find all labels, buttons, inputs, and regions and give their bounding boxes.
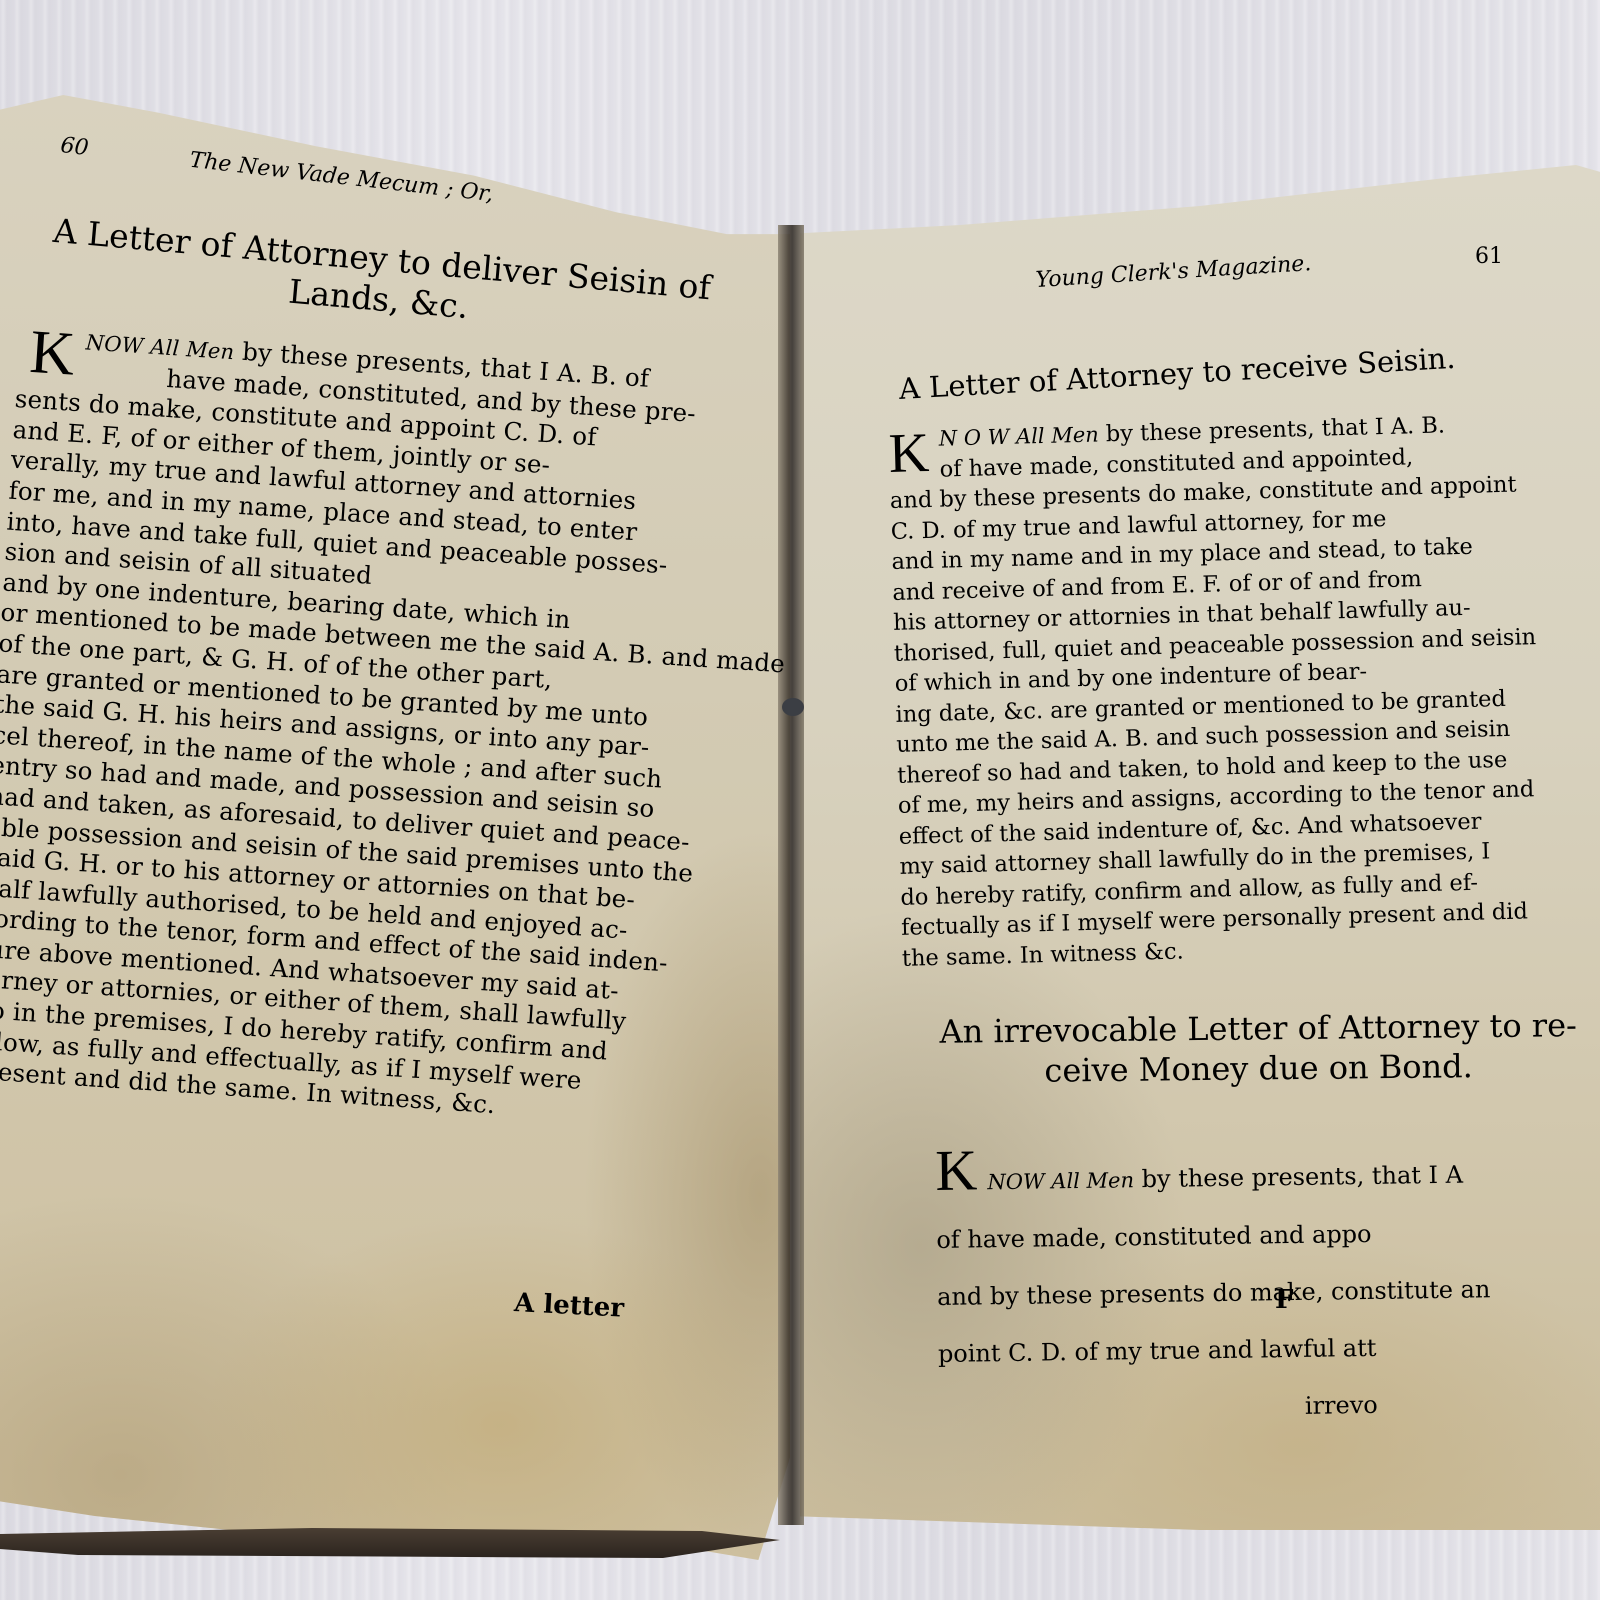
book-binding-edge [0, 1528, 780, 1558]
left-page-number: 60 [59, 133, 90, 161]
right-page-number: 61 [1475, 244, 1503, 269]
text-line: point C. D. of my true and lawful att [938, 1329, 1600, 1371]
text-line: by these presents, that I A [1141, 1161, 1463, 1193]
catchword: A letter [513, 1288, 624, 1324]
opening-words: NOW All Men [987, 1168, 1134, 1194]
open-book: 60 The New Vade Mecum ; Or, A Letter of … [0, 0, 1600, 1600]
left-body-text: K NOW All Men by these presents, that I … [0, 322, 699, 1131]
signature-mark: F [1275, 1285, 1293, 1315]
right-title-2-line-1: An irrevocable Letter of Attorney to re- [918, 1005, 1598, 1052]
text-line: irrevo [939, 1386, 1600, 1428]
opening-words: N O W All Men [939, 422, 1100, 450]
book-gutter [778, 225, 804, 1525]
right-section-title-2: An irrevocable Letter of Attorney to re-… [918, 1005, 1599, 1092]
text-line: and by these presents do make, constitut… [937, 1272, 1600, 1314]
right-title-2-line-2: ceive Money due on Bond. [918, 1045, 1598, 1092]
right-body-text-1: K N O W All Men by these presents, that … [888, 407, 1592, 974]
binding-hole [782, 698, 804, 716]
drop-cap: K [888, 428, 930, 479]
drop-cap: K [935, 1145, 978, 1196]
right-body-text-2: K NOW All Men by these presents, that I … [935, 1133, 1600, 1452]
drop-cap: K [28, 327, 76, 380]
text-line: of have made, constituted and appo [936, 1215, 1600, 1257]
opening-words: NOW All Men [85, 330, 235, 364]
